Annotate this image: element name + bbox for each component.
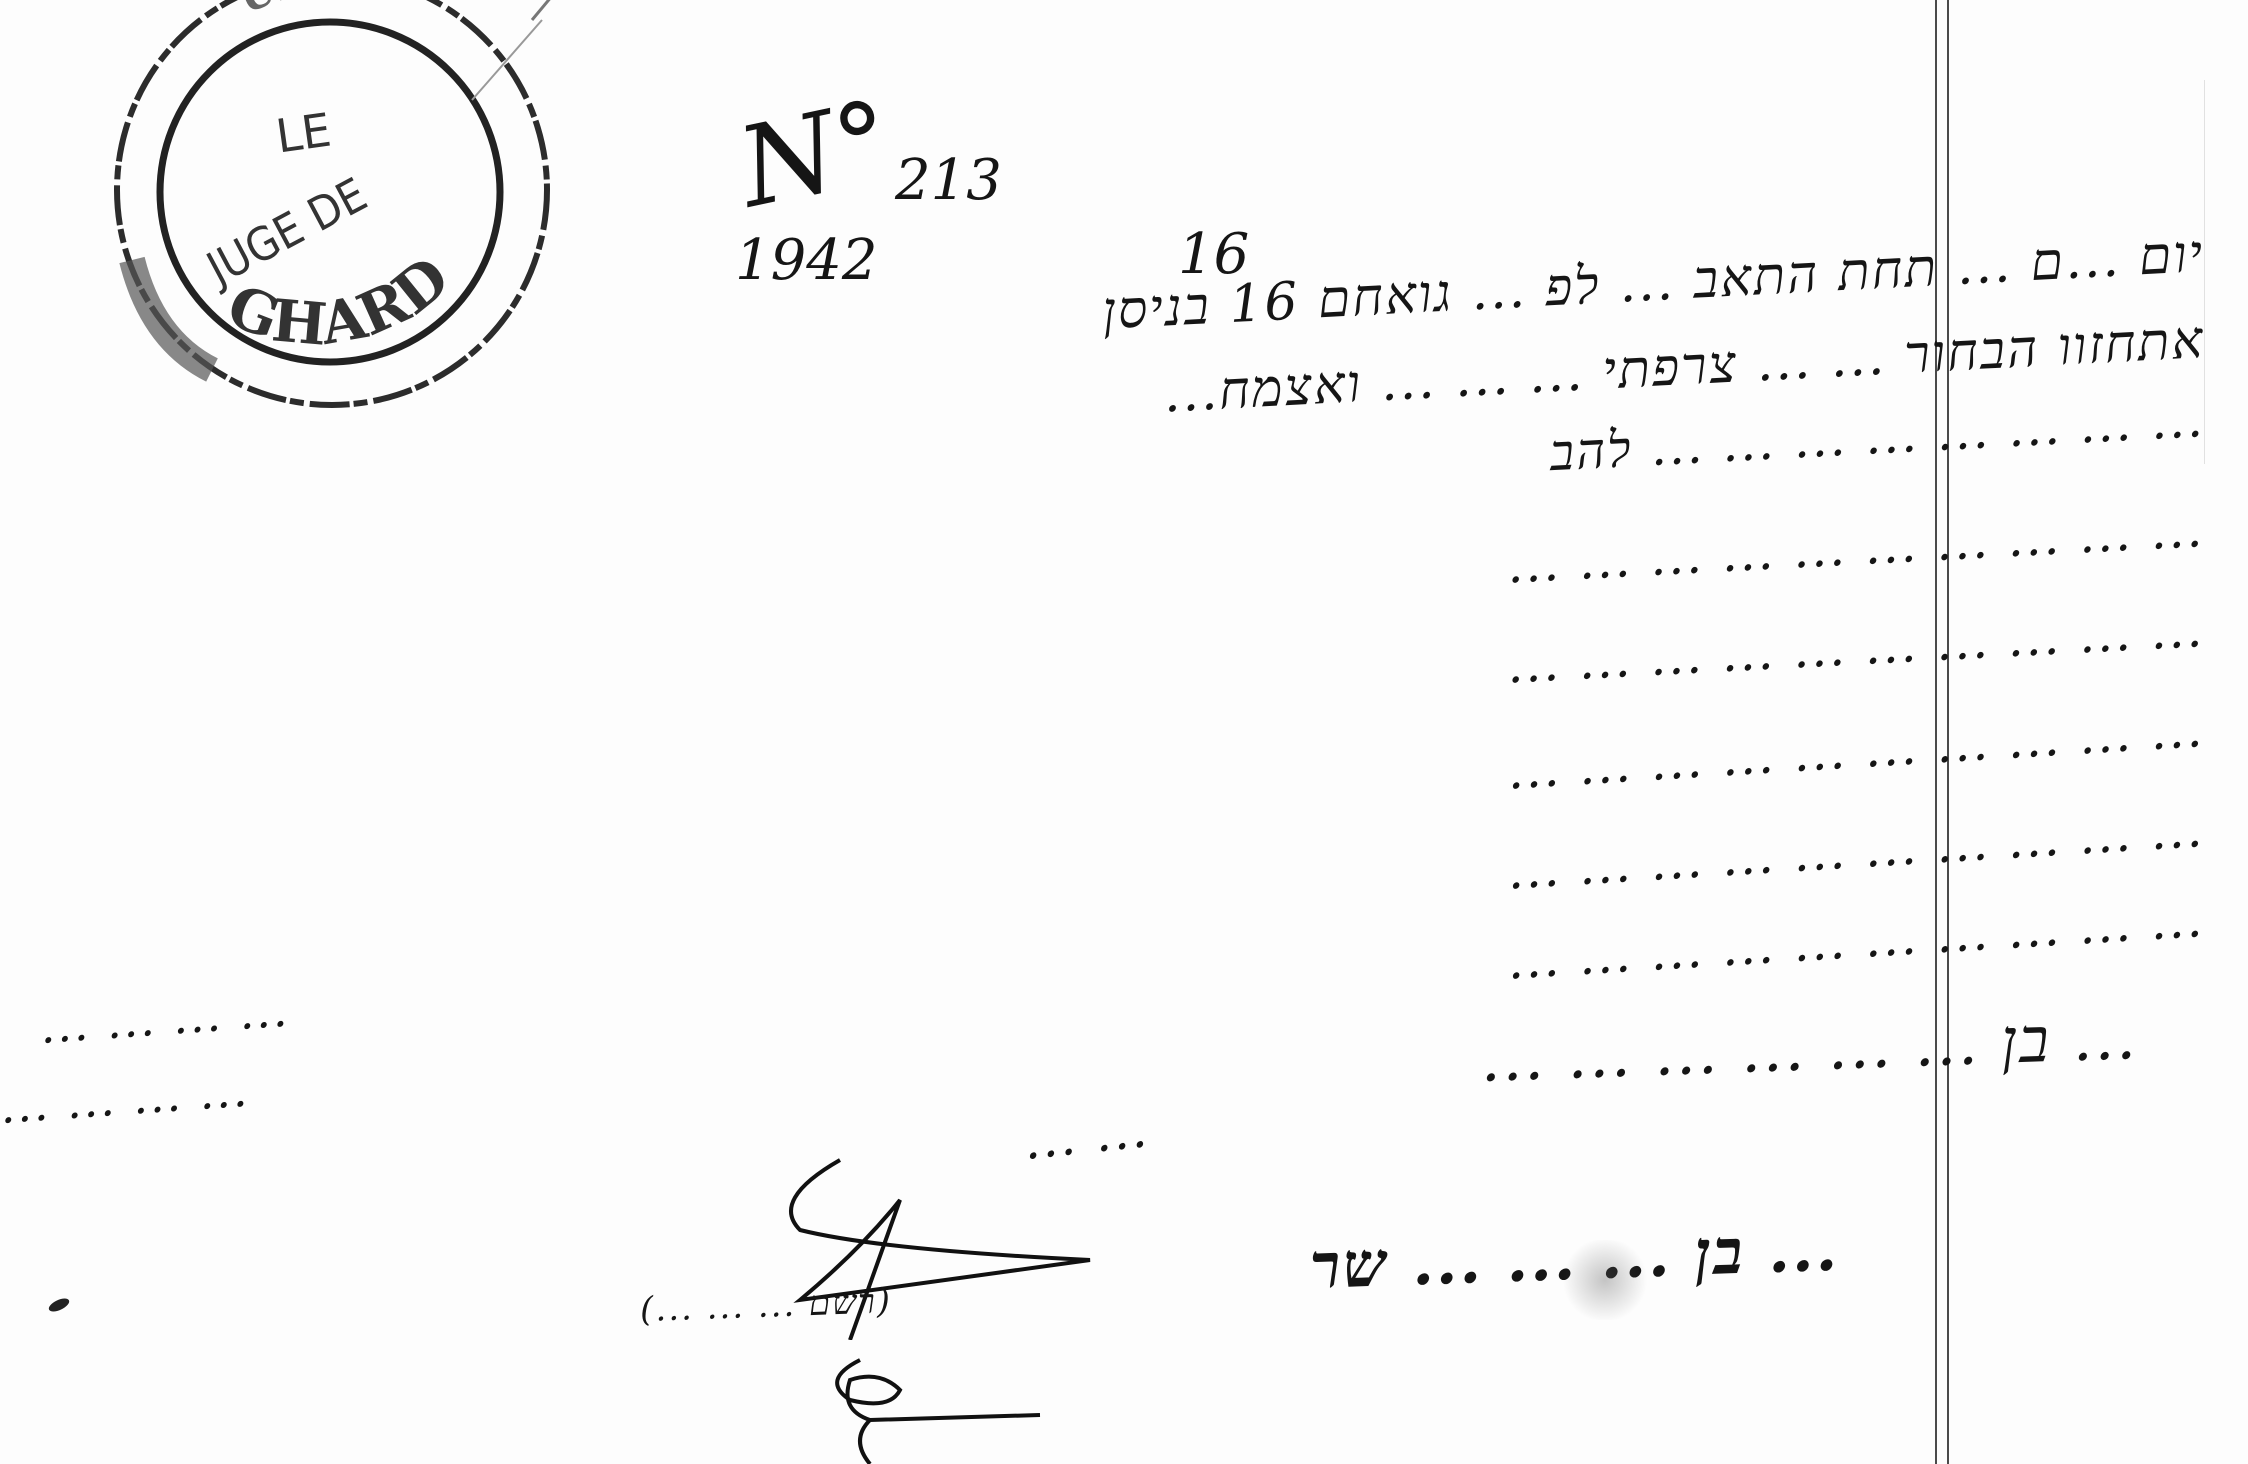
document-year: 1942 [735,228,878,293]
number-prefix: N° [728,76,903,233]
stamp-juge-text: JUGE DE [196,167,376,297]
ink-speck [47,1296,71,1314]
body-line: ... ... ... ... ... ... ... ... ... ... [1506,890,2206,990]
body-line: ... ... ... ... ... ... ... ... להב [1548,390,2206,482]
body-line: ... ... ... ... ... ... ... ... ... ... [1506,600,2206,694]
document-number: 213 [895,148,1002,213]
body-line: ... ... ... ... ... ... ... ... ... ... [1506,700,2206,800]
ink-smudge [1560,1240,1650,1320]
body-line: ... ... ... ... ... ... ... ... ... ... [1506,500,2206,594]
signature-line: ... בן ... ... ... ... ... ... [1480,1000,2140,1097]
court-stamp: LE JUGE DE GHARD UE DE [62,0,572,420]
document-page: LE JUGE DE GHARD UE DE N° 213 1942 16 יו… [0,0,2248,1464]
signature-scribble [800,1340,1100,1464]
margin-note-line: ... ... ... ... [0,1063,251,1134]
stamp-le-text: LE [273,102,335,163]
margin-note-line: ... ... ... ... [38,983,291,1054]
body-line: ... ... ... ... ... ... ... ... ... ... [1506,800,2206,900]
